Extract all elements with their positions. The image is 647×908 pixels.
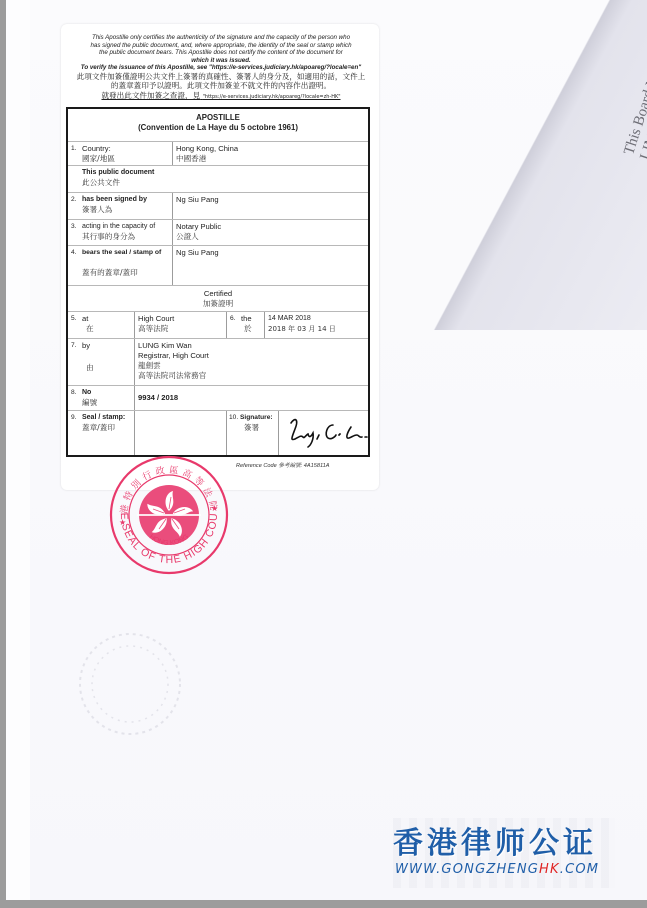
at-label: at (82, 314, 94, 324)
apostille-title: APOSTILLE (68, 113, 368, 123)
reference-value: 4A15811A (304, 463, 330, 469)
certified-label-cn: 加簽證明 (68, 299, 368, 309)
by-value-name: LUNG Kim Wan (138, 341, 209, 351)
seal-of-label: bears the seal / stamp of (82, 248, 161, 258)
row-public-document: This public document此公共文件 (68, 166, 368, 193)
field-number: 10. (229, 414, 238, 421)
certified-label: Certified (68, 289, 368, 299)
signed-by-value: Ng Siu Pang (176, 195, 219, 205)
reference-code: Reference Code 參考編號: 4A15811A (236, 461, 330, 469)
capacity-value: Notary Public (176, 222, 221, 232)
field-number: 3. (71, 223, 77, 230)
signature-label-cn: 簽署 (240, 423, 273, 433)
apostille-form: APOSTILLE (Convention de La Haye du 5 oc… (66, 107, 370, 457)
field-number: 7. (71, 342, 77, 349)
seal-of-value: Ng Siu Pang (176, 248, 219, 258)
field-number: 4. (71, 249, 77, 256)
embossed-seal-ghost (74, 628, 186, 740)
public-document-label: This public document (82, 168, 154, 178)
form-title: APOSTILLE (Convention de La Haye du 5 oc… (68, 109, 368, 142)
signed-by-label: has been signed by (82, 195, 147, 205)
date-value: 14 MAR 2018 (268, 314, 336, 324)
folded-corner: This Board Meetin LIMITED (herein chairm… (427, 0, 647, 330)
svg-text:★: ★ (211, 504, 218, 513)
field-number: 2. (71, 196, 77, 203)
brand-url[interactable]: WWW.GONGZHENGHK.COM (395, 862, 599, 877)
by-value-title-cn: 高等法院司法常務官 (138, 371, 209, 381)
notice-line: which it was issued. (73, 57, 369, 65)
seal-stamp-label-cn: 蓋章/蓋印 (82, 423, 125, 433)
brand-url-prefix: WWW.GONGZHENG (395, 862, 539, 877)
capacity-label-cn: 其行事的身分為 (82, 232, 155, 242)
signature-label: Signature: (240, 413, 273, 423)
signed-by-label-cn: 簽署人為 (82, 205, 147, 215)
at-value-cn: 高等法院 (138, 324, 174, 334)
by-value-name-cn: 龍劍雲 (138, 361, 209, 371)
handwritten-signature (281, 413, 369, 453)
brand-watermark: 香港律师公证 WWW.GONGZHENGHK.COM (393, 818, 615, 888)
apostille-certificate: This Apostille only certifies the authen… (61, 24, 379, 490)
row-signed-by: 2. has been signed by簽署人為 Ng Siu Pang (68, 193, 368, 220)
signature-area (278, 411, 370, 455)
row-seal-of: 4. bears the seal / stamp of蓋有的蓋章/蓋印 Ng … (68, 246, 368, 286)
country-label-cn: 國家/地區 (82, 154, 115, 164)
by-label-cn: 由 (82, 363, 94, 373)
date-value-cn: 2018 年 03 月 14 日 (268, 324, 336, 334)
row-at-date: 5. at在 High Court高等法院 6. the於 14 MAR 201… (68, 312, 368, 339)
country-label: Country: (82, 144, 115, 154)
number-label-cn: 編號 (82, 398, 97, 408)
brand-name-cn: 香港律师公证 (393, 818, 597, 862)
by-label: by (82, 341, 94, 351)
seal-stamp-area (134, 411, 226, 455)
row-capacity: 3. acting in the capacity of其行事的身分為 Nota… (68, 220, 368, 246)
at-label-cn: 在 (82, 324, 94, 334)
number-value: 9934 / 2018 (138, 393, 178, 403)
apostille-subtitle: (Convention de La Haye du 5 octobre 1961… (68, 123, 368, 133)
brand-url-hk: HK (539, 862, 560, 877)
apostille-notice: This Apostille only certifies the authen… (73, 34, 369, 102)
notice-cn-line: 的蓋章蓋印予以證明。此項文件加簽並不就文件的內容作出證明。 (73, 81, 369, 90)
country-value-cn: 中國香港 (176, 154, 238, 164)
seal-stamp-label: Seal / stamp: (82, 413, 125, 423)
capacity-value-cn: 公證人 (176, 232, 221, 242)
capacity-label: acting in the capacity of (82, 222, 155, 232)
date-label: the (241, 314, 252, 324)
verify-cn-link[interactable]: "https://e-services.judiciary.hk/apoareg… (203, 94, 341, 100)
field-number: 5. (71, 315, 77, 322)
row-certified: Certified 加簽證明 (68, 286, 368, 312)
at-value: High Court (138, 314, 174, 324)
verify-cn-label: 就發出此文件加簽之查證，見 (101, 91, 200, 100)
field-number: 8. (71, 389, 77, 396)
row-by: 7. by由 LUNG Kim Wan Registrar, High Cour… (68, 339, 368, 386)
verify-en-link[interactable]: To verify the issuance of this Apostille… (73, 64, 369, 72)
notice-line: This Apostille only certifies the authen… (73, 34, 369, 42)
svg-text:★: ★ (119, 518, 126, 527)
public-document-label-cn: 此公共文件 (82, 178, 154, 188)
notice-line: the public document bears. This Apostill… (73, 49, 369, 57)
country-value: Hong Kong, China (176, 144, 238, 154)
field-number: 6. (230, 315, 236, 322)
notice-cn-line: 此項文件加簽僅證明公共文件上簽署的真確性、簽署人的身分及，如適用的話，文件上 (73, 72, 369, 81)
number-label: No (82, 388, 97, 398)
notice-line: has signed the public document, and, whe… (73, 42, 369, 50)
row-number: 8. No編號 9934 / 2018 (68, 386, 368, 411)
date-label-cn: 於 (241, 324, 252, 334)
high-court-seal: THE SEAL OF THE HIGH COURT HONG KONG 香港特… (107, 453, 231, 577)
field-number: 1. (71, 145, 77, 152)
brand-url-suffix: .COM (560, 862, 599, 877)
by-value-title: Registrar, High Court (138, 351, 209, 361)
reference-label: Reference Code 參考編號: (236, 463, 302, 469)
field-number: 9. (71, 414, 77, 421)
seal-of-label-cn: 蓋有的蓋章/蓋印 (82, 268, 161, 278)
row-seal-signature: 9. Seal / stamp:蓋章/蓋印 10. Signature:簽署 (68, 411, 368, 455)
row-country: 1. Country:國家/地區 Hong Kong, China中國香港 (68, 142, 368, 166)
